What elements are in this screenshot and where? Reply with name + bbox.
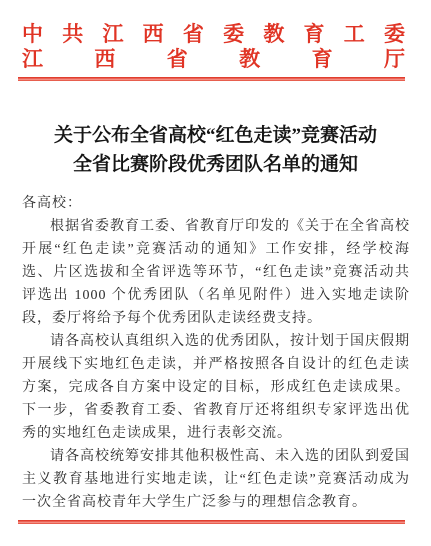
- document-title-line2: 全省比赛阶段优秀团队名单的通知: [20, 150, 411, 179]
- salutation: 各高校：: [22, 192, 410, 215]
- document-page: 中共江西省委教育工委 江西省教育厅 关于公布全省高校“红色走读”竞赛活动 全省比…: [0, 0, 431, 546]
- org-name-line1: 中共江西省委教育工委: [22, 22, 405, 47]
- document-body: 各高校： 根据省委教育工委、省教育厅印发的《关于在全省高校开展“红色走读”竞赛活…: [22, 192, 410, 514]
- letterhead: 中共江西省委教育工委 江西省教育厅: [22, 22, 405, 72]
- document-title-line1: 关于公布全省高校“红色走读”竞赛活动: [20, 121, 411, 150]
- body-paragraph: 根据省委教育工委、省教育厅印发的《关于在全省高校开展“红色走读”竞赛活动的通知》…: [22, 215, 410, 330]
- org-name-line2: 江西省教育厅: [22, 47, 405, 72]
- document-title: 关于公布全省高校“红色走读”竞赛活动 全省比赛阶段优秀团队名单的通知: [20, 121, 411, 179]
- footer-divider: [18, 520, 405, 524]
- body-paragraph: 请各高校统筹安排其他积极性高、未入选的团队到爱国主义教育基地进行实地走读，让“红…: [22, 445, 410, 514]
- letterhead-divider: [18, 77, 405, 81]
- body-paragraph: 请各高校认真组织入选的优秀团队，按计划于国庆假期开展线下实地红色走读，并严格按照…: [22, 330, 410, 445]
